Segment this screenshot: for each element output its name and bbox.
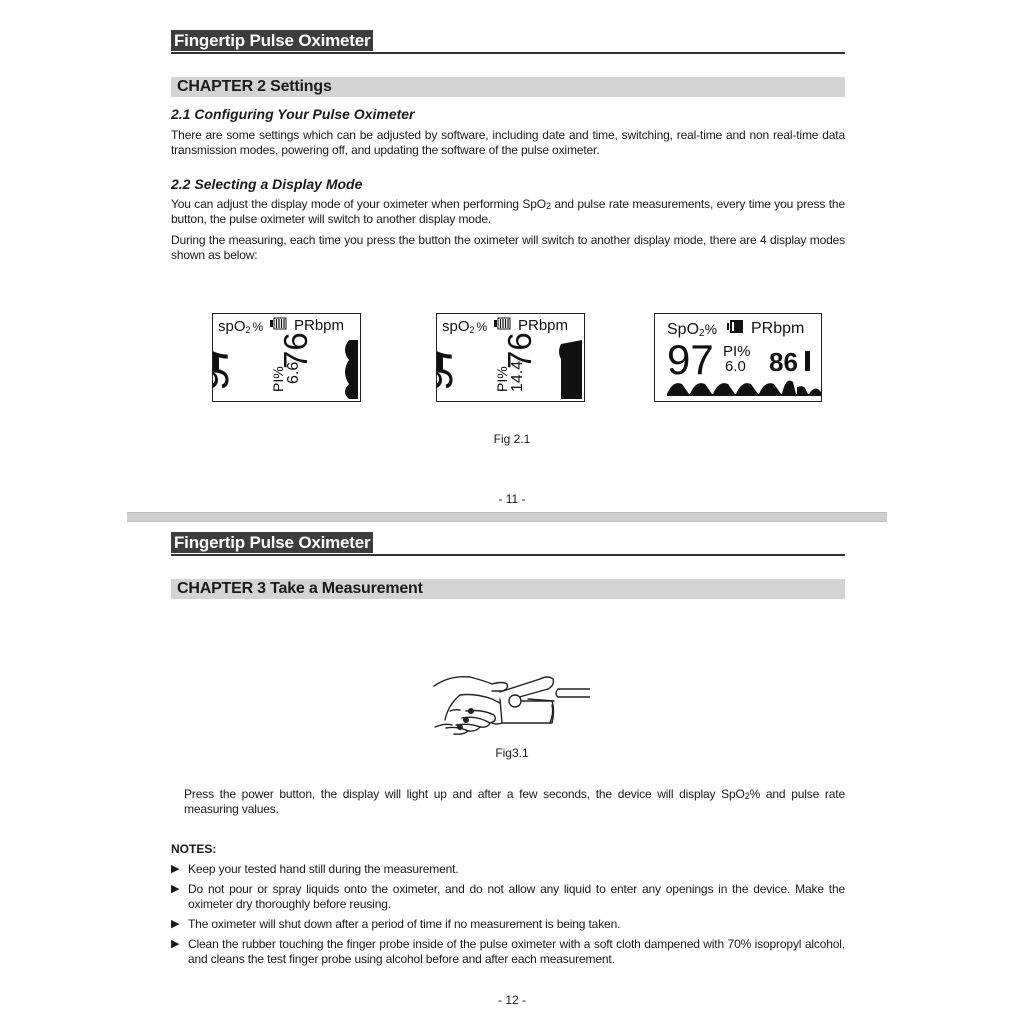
note-item: ▶ Keep your tested hand still during the… bbox=[171, 862, 845, 877]
battery-icon bbox=[727, 320, 743, 333]
hand-finger-probe-illustration bbox=[430, 665, 590, 735]
note-text: Keep your tested hand still during the m… bbox=[188, 862, 845, 877]
oximeter-screen: spO2% PRbpm 97 PI% 6.6 76 bbox=[213, 314, 360, 401]
pr-label: PRbpm bbox=[294, 317, 344, 334]
page-header: Fingertip Pulse Oximeter bbox=[171, 30, 845, 54]
display-mode-1: spO2% PRbpm 97 PI% 6.6 76 bbox=[212, 313, 361, 402]
note-text: Do not pour or spray liquids onto the ox… bbox=[188, 882, 845, 911]
battery-icon bbox=[270, 318, 286, 329]
page-header: Fingertip Pulse Oximeter bbox=[171, 532, 845, 556]
note-item: ▶ The oximeter will shut down after a pe… bbox=[171, 917, 845, 932]
triangle-bullet-icon: ▶ bbox=[171, 917, 188, 932]
chapter-title: CHAPTER 2 Settings bbox=[171, 78, 332, 95]
section-body: During the measuring, each time you pres… bbox=[171, 233, 845, 262]
pr-label: PRbpm bbox=[518, 317, 568, 334]
triangle-bullet-icon: ▶ bbox=[171, 937, 188, 966]
section-body: You can adjust the display mode of your … bbox=[171, 197, 845, 226]
note-item: ▶ Clean the rubber touching the finger p… bbox=[171, 937, 845, 966]
display-mode-2: spO2% PRbpm 97 PI% 14.4 76 bbox=[436, 313, 585, 402]
pleth-waveform-icon bbox=[345, 340, 358, 399]
note-item: ▶ Do not pour or spray liquids onto the … bbox=[171, 882, 845, 911]
display-mode-3: SpO2% PRbpm 97 PI% 6.0 86 bbox=[654, 313, 822, 402]
figure-caption: Fig 2.1 bbox=[0, 432, 1024, 446]
instruction-text: Press the power button, the display will… bbox=[184, 787, 845, 816]
triangle-bullet-icon: ▶ bbox=[171, 862, 188, 877]
page-number: - 11 - bbox=[0, 492, 1024, 506]
oximeter-screen: spO2% PRbpm 97 PI% 14.4 76 bbox=[437, 314, 584, 401]
spo2-label: spO2% bbox=[218, 318, 264, 335]
oximeter-screen: SpO2% PRbpm 97 PI% 6.0 86 bbox=[655, 314, 821, 401]
battery-icon bbox=[494, 318, 510, 329]
section-body: There are some settings which can be adj… bbox=[171, 128, 845, 157]
spo2-value: 97 bbox=[437, 342, 462, 391]
pulse-bar-icon bbox=[805, 351, 810, 371]
pi-label: PI% bbox=[270, 366, 286, 392]
pr-value: 76 bbox=[277, 332, 314, 369]
header-title: Fingertip Pulse Oximeter bbox=[171, 30, 373, 51]
section-title: 2.1 Configuring Your Pulse Oximeter bbox=[171, 106, 415, 122]
text-run: Press the power button, the display will… bbox=[184, 787, 745, 801]
triangle-bullet-icon: ▶ bbox=[171, 882, 188, 911]
pi-label: PI% bbox=[494, 366, 510, 392]
text-run: You can adjust the display mode of your … bbox=[171, 197, 546, 211]
pi-value: 6.0 bbox=[725, 358, 746, 375]
pr-label: PRbpm bbox=[751, 320, 804, 337]
chapter-title: CHAPTER 3 Take a Measurement bbox=[171, 580, 423, 597]
header-title: Fingertip Pulse Oximeter bbox=[171, 532, 373, 553]
figure-caption: Fig3.1 bbox=[0, 746, 1024, 760]
pr-value: 76 bbox=[501, 332, 538, 369]
note-text: The oximeter will shut down after a peri… bbox=[188, 917, 845, 932]
notes-title: NOTES: bbox=[171, 842, 216, 856]
pulse-bar-icon bbox=[559, 340, 582, 399]
spo2-label: spO2% bbox=[442, 318, 488, 335]
pr-value: 86 bbox=[769, 347, 798, 377]
chapter-heading: CHAPTER 2 Settings bbox=[171, 77, 845, 97]
page-separator bbox=[127, 512, 887, 522]
page-number: - 12 - bbox=[0, 993, 1024, 1007]
spo2-value: 97 bbox=[667, 336, 714, 383]
chapter-heading: CHAPTER 3 Take a Measurement bbox=[171, 579, 845, 599]
section-title: 2.2 Selecting a Display Mode bbox=[171, 176, 362, 192]
spo2-value: 97 bbox=[213, 342, 238, 391]
note-text: Clean the rubber touching the finger pro… bbox=[188, 937, 845, 966]
